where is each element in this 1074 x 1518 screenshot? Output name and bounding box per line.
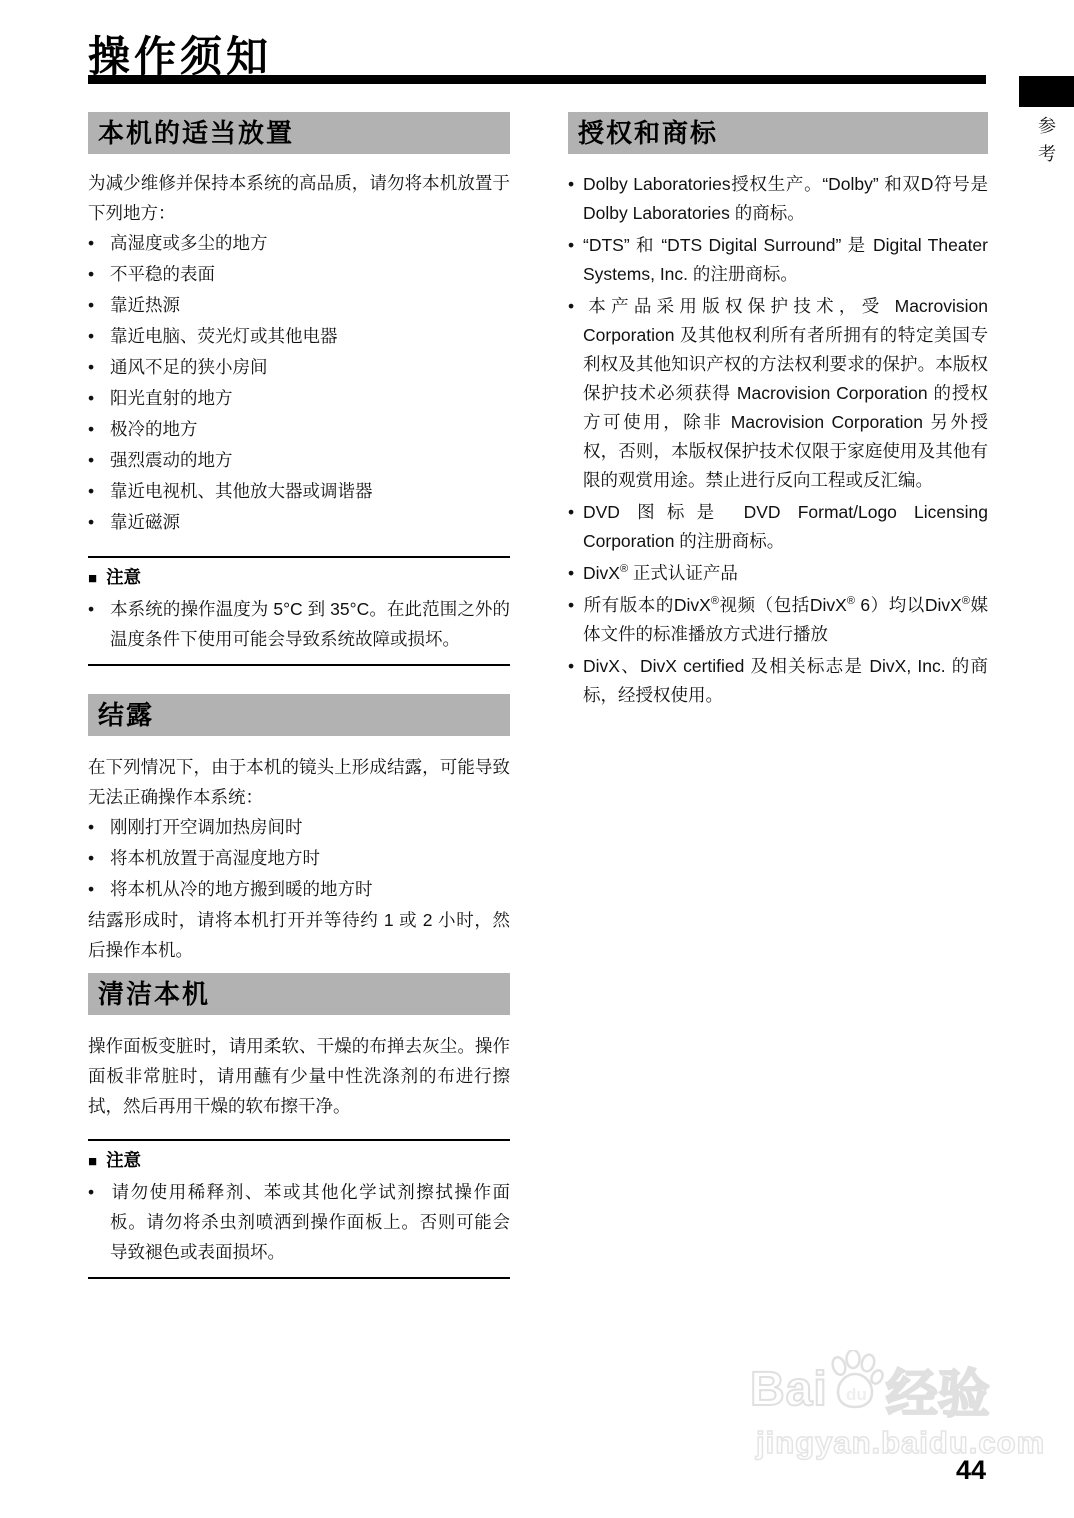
list-item: DVD 图标是 DVD Format/Logo Licensing Corpor… [568,498,988,556]
note-bullet-list: 请勿使用稀释剂、苯或其他化学试剂擦拭操作面板。请勿将杀虫剂喷洒到操作面板上。否则… [88,1177,510,1267]
section-header-cleaning: 清洁本机 [88,973,510,1015]
placement-bullet-list: 高湿度或多尘的地方 不平稳的表面 靠近热源 靠近电脑、荧光灯或其他电器 通风不足… [88,228,510,538]
list-item: 靠近热源 [88,290,510,321]
list-item: DivX® 正式认证产品 [568,559,988,588]
note-label: 注意 [106,567,141,587]
list-item: “DTS” 和 “DTS Digital Surround” 是 Digital… [568,231,988,289]
list-item: 高湿度或多尘的地方 [88,228,510,259]
svg-text:du: du [846,1385,867,1404]
title-rule [88,75,986,84]
sidebar-section-label: 参考 [1033,116,1059,172]
section-header-condensation: 结露 [88,694,510,736]
cleaning-body: 操作面板变脏时，请用柔软、干燥的布掸去灰尘。操作面板非常脏时，请用蘸有少量中性洗… [88,1031,510,1121]
list-item: 将本机从冷的地方搬到暖的地方时 [88,874,510,905]
sidebar-section-tab [1019,76,1074,107]
list-item: 通风不足的狭小房间 [88,352,510,383]
list-item: 本产品采用版权保护技术，受 Macrovision Corporation 及其… [568,292,988,495]
list-item: 所有版本的DivX®视频（包括DivX® 6）均以DivX®媒体文件的标准播放方… [568,591,988,649]
list-item: 本系统的操作温度为 5°C 到 35°C。在此范围之外的温度条件下使用可能会导致… [88,594,510,654]
list-item: 强烈震动的地方 [88,445,510,476]
watermark-brand: Bai du 经验 [750,1352,1030,1427]
watermark-bai-text: Bai [750,1362,828,1417]
square-bullet-icon: ■ [88,1153,97,1170]
list-item: 靠近电视机、其他放大器或调谐器 [88,476,510,507]
note-bullet-list: 本系统的操作温度为 5°C 到 35°C。在此范围之外的温度条件下使用可能会导致… [88,594,510,654]
condensation-intro: 在下列情况下，由于本机的镜头上形成结露，可能导致无法正确操作本系统： [88,752,510,812]
watermark-jingyan-text: 经验 [886,1352,990,1427]
note-block-cleaning: ■注意 请勿使用稀释剂、苯或其他化学试剂擦拭操作面板。请勿将杀虫剂喷洒到操作面板… [88,1139,510,1279]
list-item: 将本机放置于高湿度地方时 [88,843,510,874]
list-item: 靠近电脑、荧光灯或其他电器 [88,321,510,352]
note-label: 注意 [106,1150,141,1170]
condensation-bullet-list: 刚刚打开空调加热房间时 将本机放置于高湿度地方时 将本机从冷的地方搬到暖的地方时 [88,812,510,905]
baidu-jingyan-watermark: Bai du 经验 jingyan.baidu.com [750,1352,1030,1461]
section-header-placement: 本机的适当放置 [88,112,510,154]
left-column: 本机的适当放置 为减少维修并保持本系统的高品质，请勿将本机放置于下列地方： 高湿… [88,112,510,1279]
list-item: 极冷的地方 [88,414,510,445]
right-column: 授权和商标 Dolby Laboratories授权生产。“Dolby” 和双D… [568,112,988,713]
square-bullet-icon: ■ [88,570,97,587]
list-item: Dolby Laboratories授权生产。“Dolby” 和双D符号是 Do… [568,170,988,228]
section-header-trademarks: 授权和商标 [568,112,988,154]
list-item: 刚刚打开空调加热房间时 [88,812,510,843]
list-item: 阳光直射的地方 [88,383,510,414]
list-item: 请勿使用稀释剂、苯或其他化学试剂擦拭操作面板。请勿将杀虫剂喷洒到操作面板上。否则… [88,1177,510,1267]
manual-page: 操作须知 参考 本机的适当放置 为减少维修并保持本系统的高品质，请勿将本机放置于… [0,0,1074,1518]
list-item: 不平稳的表面 [88,259,510,290]
page-number: 44 [948,1455,986,1486]
condensation-outro: 结露形成时，请将本机打开并等待约 1 或 2 小时，然后操作本机。 [88,905,510,965]
note-block-temperature: ■注意 本系统的操作温度为 5°C 到 35°C。在此范围之外的温度条件下使用可… [88,556,510,666]
paw-print-icon: du [826,1350,884,1415]
list-item: DivX、DivX certified 及相关标志是 DivX, Inc. 的商… [568,652,988,710]
note-heading: ■注意 [88,564,510,592]
watermark-url: jingyan.baidu.com [756,1425,1030,1461]
note-heading: ■注意 [88,1147,510,1175]
list-item: 靠近磁源 [88,507,510,538]
trademarks-bullet-list: Dolby Laboratories授权生产。“Dolby” 和双D符号是 Do… [568,170,988,710]
placement-intro: 为减少维修并保持本系统的高品质，请勿将本机放置于下列地方： [88,168,510,228]
